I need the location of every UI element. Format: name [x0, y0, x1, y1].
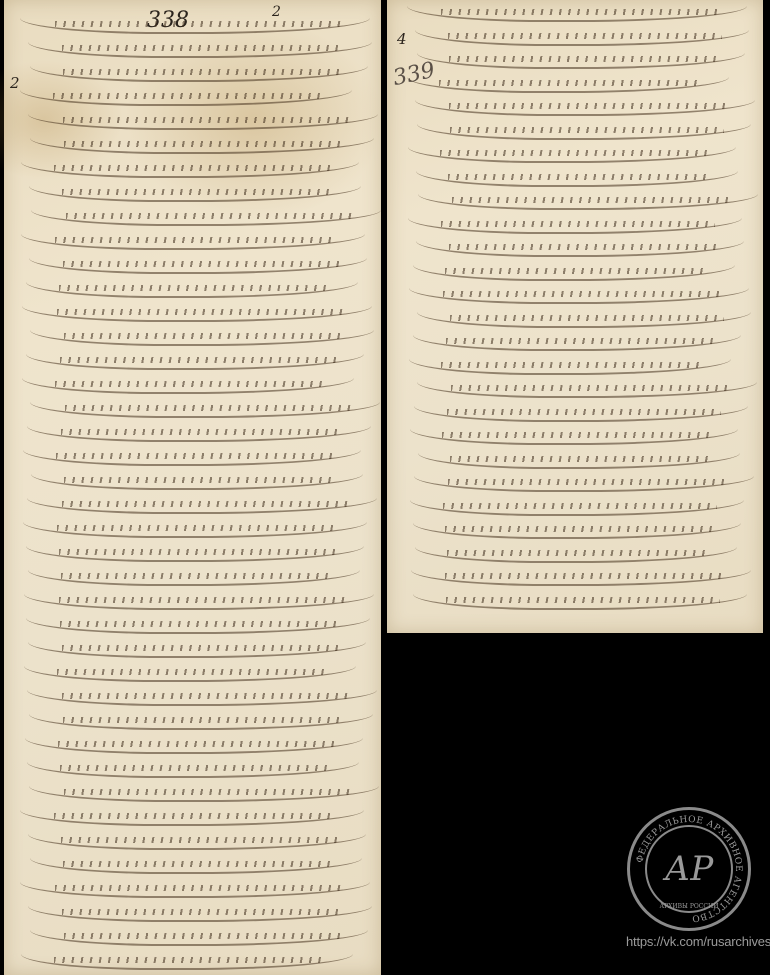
manuscript-page-left: 338 2 2 — [4, 0, 381, 975]
seal-ring-text: ФЕДЕРАЛЬНОЕ АРХИВНОЕ АГЕНТСТВО АРХИВЫ РО… — [630, 810, 748, 928]
source-url: https://vk.com/rusarchives — [626, 934, 766, 949]
handwritten-line — [407, 77, 729, 93]
handwritten-line — [31, 210, 381, 226]
handwritten-line — [21, 954, 353, 970]
handwritten-line — [20, 882, 370, 898]
handwritten-line — [28, 834, 366, 850]
handwritten-line — [27, 690, 377, 706]
handwritten-line — [23, 450, 361, 466]
handwritten-line — [30, 402, 380, 418]
handwritten-line — [416, 241, 744, 257]
margin-numeral: 4 — [397, 30, 407, 48]
handwritten-line — [413, 523, 741, 539]
handwritten-line — [414, 406, 748, 422]
handwritten-line — [409, 359, 731, 375]
handwritten-line — [26, 354, 364, 370]
handwritten-line — [20, 810, 364, 826]
margin-numeral: 2 — [10, 74, 20, 92]
handwritten-line — [26, 546, 364, 562]
handwritten-line — [413, 594, 747, 610]
handwritten-line — [21, 234, 365, 250]
handwritten-line — [28, 642, 366, 658]
handwritten-line — [29, 258, 367, 274]
handwritten-line — [413, 265, 735, 281]
handwritten-line — [415, 547, 737, 563]
handwritten-line — [414, 476, 754, 492]
handwritten-line — [29, 714, 373, 730]
handwritten-line — [417, 382, 757, 398]
manuscript-page-right: 339 4 — [387, 0, 763, 633]
handwritten-line — [408, 147, 736, 163]
handwritten-line — [418, 453, 740, 469]
svg-text:АРХИВЫ РОССИИ: АРХИВЫ РОССИИ — [660, 903, 719, 910]
handwritten-line — [27, 762, 359, 778]
handwritten-line — [27, 498, 377, 514]
handwritten-line — [24, 594, 374, 610]
handwritten-line — [413, 335, 741, 351]
handwritten-line — [407, 6, 747, 22]
handwritten-line — [415, 30, 749, 46]
handwritten-line — [408, 218, 742, 234]
handwritten-line — [28, 906, 372, 922]
archive-seal-logo: ФЕДЕРАЛЬНОЕ АРХИВНОЕ АГЕНТСТВО АРХИВЫ РО… — [627, 807, 751, 931]
handwritten-line — [24, 666, 356, 682]
handwritten-line — [26, 282, 358, 298]
handwritten-line — [416, 171, 738, 187]
handwritten-line — [28, 570, 360, 586]
handwritten-line — [417, 53, 745, 69]
handwritten-line — [22, 306, 372, 322]
handwritten-line — [30, 858, 362, 874]
handwritten-line — [415, 100, 755, 116]
handwritten-line — [418, 194, 758, 210]
handwritten-line — [23, 522, 367, 538]
handwritten-line — [22, 378, 354, 394]
handwritten-line — [417, 312, 751, 328]
handwritten-line — [25, 738, 363, 754]
handwritten-line — [31, 474, 363, 490]
handwritten-line — [27, 426, 371, 442]
handwritten-line — [417, 124, 751, 140]
handwritten-line — [30, 330, 374, 346]
handwritten-line — [29, 786, 379, 802]
handwritten-line — [410, 429, 738, 445]
handwritten-line — [410, 500, 744, 516]
handwritten-line — [409, 288, 749, 304]
handwritten-line — [30, 930, 368, 946]
handwritten-line — [26, 618, 370, 634]
handwritten-line — [411, 570, 751, 586]
